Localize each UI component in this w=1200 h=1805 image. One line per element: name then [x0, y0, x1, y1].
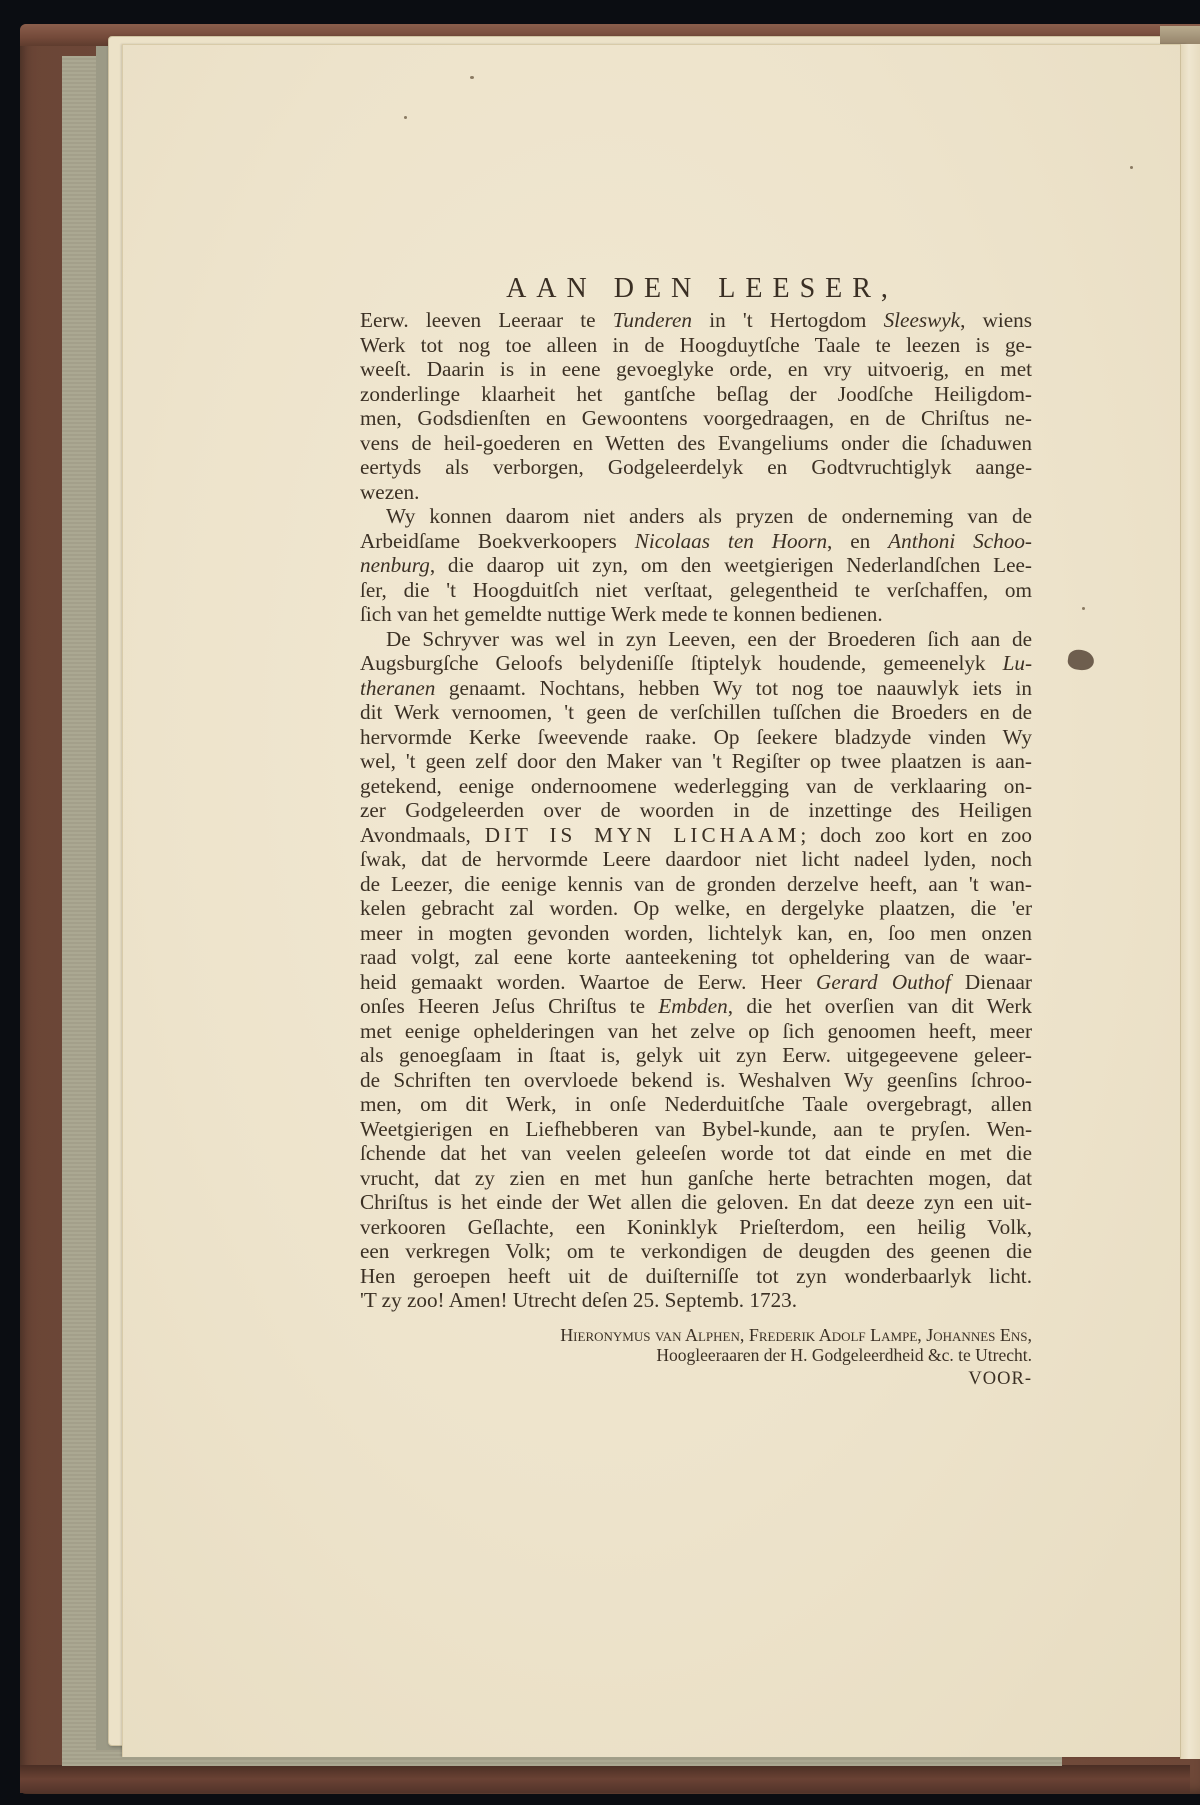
text-line: Werk tot nog toe alleen in de Hoogduytſc…: [360, 333, 1032, 358]
italic-name: nenburg: [360, 553, 430, 577]
catchword: VOOR-: [360, 1367, 1032, 1392]
text-line: Eerw. leeven Leeraar te Tunderen in 't H…: [360, 308, 1032, 333]
text-run: ſich van het gemeldte nuttige Werk mede …: [360, 602, 883, 626]
text-line: Chriſtus is het einde der Wet allen die …: [360, 1190, 1032, 1215]
text-line: Wy konnen daarom niet anders als pryzen …: [360, 504, 1032, 529]
text-run: de Leezer, die eenige kennis van de gron…: [360, 872, 1032, 896]
text-line: getekend, eenige ondernoomene wederleggi…: [360, 774, 1032, 799]
text-run: ; doch zoo kort en zoo: [800, 823, 1032, 847]
page-text: AAN DEN LEESER, Eerw. leeven Leeraar te …: [360, 270, 1032, 1391]
text-line: de Leezer, die eenige kennis van de gron…: [360, 872, 1032, 897]
text-run: Arbeidſame Boekverkoopers: [360, 529, 635, 553]
text-run: wel, 't geen zelf door den Maker van 't …: [360, 749, 1032, 773]
text-run: De Schryver was wel in zyn Leeven, een d…: [386, 627, 1032, 651]
text-run: dit Werk vernoomen, 't geen de verſchill…: [360, 700, 1032, 724]
text-run: , die daarop uit zyn, om den weetgierige…: [430, 553, 1032, 577]
page-fold: [1180, 44, 1200, 1759]
text-run: Chriſtus is het einde der Wet allen die …: [360, 1190, 1032, 1214]
body-paragraphs: Eerw. leeven Leeraar te Tunderen in 't H…: [360, 308, 1032, 1313]
text-run: Weetgierigen en Liefhebberen van Bybel-k…: [360, 1117, 1032, 1141]
text-run: Werk tot nog toe alleen in de Hoogduytſc…: [360, 333, 1032, 357]
text-line: raad volgt, zal eene korte aanteekening …: [360, 945, 1032, 970]
text-run: zer Godgeleerden over de woorden in de i…: [360, 798, 1032, 822]
text-line: ſwak, dat de hervormde Leere daardoor ni…: [360, 847, 1032, 872]
page-heading: AAN DEN LEESER,: [360, 272, 1032, 306]
italic-name: Embden: [658, 994, 727, 1018]
text-line: nenburg, die daarop uit zyn, om den weet…: [360, 553, 1032, 578]
text-line: hervormde Kerke ſweevende raake. Op ſeek…: [360, 725, 1032, 750]
paper-speck: [404, 116, 407, 119]
text-run: kelen gebracht zal worden. Op welke, en …: [360, 896, 1032, 920]
text-run: ſwak, dat de hervormde Leere daardoor ni…: [360, 847, 1032, 871]
text-run: men, om dit Werk, in onſe Nederduitſche …: [360, 1092, 1032, 1116]
italic-name: Sleeswyk: [884, 308, 960, 332]
text-line: wezen.: [360, 480, 1032, 505]
text-line: onſes Heeren Jeſus Chriſtus te Embden, d…: [360, 994, 1032, 1019]
text-run: eertyds als verborgen, Godgeleerdelyk en…: [360, 455, 1032, 479]
text-line: de Schriften ten overvloede bekend is. W…: [360, 1068, 1032, 1093]
text-line: Augsburgſche Geloofs belydeniſſe ſtiptel…: [360, 651, 1032, 676]
text-run: , en: [827, 529, 888, 553]
text-run: ſchende dat het van veelen geleeſen word…: [360, 1141, 1032, 1165]
text-run: , die het overſien van dit Werk: [728, 994, 1032, 1018]
text-line: met eenige ophelderingen van het zelve o…: [360, 1019, 1032, 1044]
text-line: eertyds als verborgen, Godgeleerdelyk en…: [360, 455, 1032, 480]
text-line: verkooren Geſlachte, een Koninklyk Prieſ…: [360, 1215, 1032, 1240]
text-line: Avondmaals, DIT IS MYN LICHAAM; doch zoo…: [360, 823, 1032, 848]
italic-name: Gerard Outhof: [816, 970, 951, 994]
paper-speck: [1130, 166, 1133, 169]
text-run: getekend, eenige ondernoomene wederleggi…: [360, 774, 1032, 798]
text-line: heid gemaakt worden. Waartoe de Eerw. He…: [360, 970, 1032, 995]
text-run: Augsburgſche Geloofs belydeniſſe ſtiptel…: [360, 651, 1003, 675]
paper-speck: [1082, 607, 1085, 610]
text-run: de Schriften ten overvloede bekend is. W…: [360, 1068, 1032, 1092]
text-run: onſes Heeren Jeſus Chriſtus te: [360, 994, 658, 1018]
text-run: zonderlinge klaarheit het gantſche beſla…: [360, 382, 1032, 406]
text-line: dit Werk vernoomen, 't geen de verſchill…: [360, 700, 1032, 725]
signatory-title: Hoogleeraaren der H. Godgeleerdheid &c. …: [360, 1345, 1032, 1365]
text-run: vens de heil-goederen en Wetten des Evan…: [360, 431, 1032, 455]
text-run: ſer, die 't Hoogduitſch niet verſtaat, g…: [360, 578, 1032, 602]
text-run: vrucht, dat zy zien en met hun ganſche h…: [360, 1166, 1032, 1190]
text-line: ſchende dat het van veelen geleeſen word…: [360, 1141, 1032, 1166]
text-line: ſer, die 't Hoogduitſch niet verſtaat, g…: [360, 578, 1032, 603]
text-run: een verkregen Volk; om te verkondigen de…: [360, 1239, 1032, 1263]
text-run: hervormde Kerke ſweevende raake. Op ſeek…: [360, 725, 1032, 749]
text-line: men, om dit Werk, in onſe Nederduitſche …: [360, 1092, 1032, 1117]
text-line: vens de heil-goederen en Wetten des Evan…: [360, 431, 1032, 456]
italic-name: Anthoni Schoo-: [888, 529, 1032, 553]
text-line: ſich van het gemeldte nuttige Werk mede …: [360, 602, 1032, 627]
text-line: De Schryver was wel in zyn Leeven, een d…: [360, 627, 1032, 652]
text-line: meer in mogten gevonden worden, lichtely…: [360, 921, 1032, 946]
signatory-names: Hieronymus van Alphen, Frederik Adolf La…: [360, 1325, 1032, 1345]
text-run: met eenige ophelderingen van het zelve o…: [360, 1019, 1032, 1043]
text-line: 'T zy zoo! Amen! Utrecht deſen 25. Septe…: [360, 1288, 1032, 1313]
text-run: Avondmaals,: [360, 823, 485, 847]
italic-name: Nicolaas ten Hoorn: [635, 529, 827, 553]
text-run: , wiens: [960, 308, 1032, 332]
paper-speck: [470, 76, 474, 79]
text-run: men, Godsdienſten en Gewoontens voorgedr…: [360, 406, 1032, 430]
text-line: theranen genaamt. Nochtans, hebben Wy to…: [360, 676, 1032, 701]
text-run: meer in mogten gevonden worden, lichtely…: [360, 921, 1032, 945]
text-run: als genoegſaam in ſtaat is, gelyk uit zy…: [360, 1043, 1032, 1067]
text-run: 'T zy zoo! Amen! Utrecht deſen 25. Septe…: [360, 1288, 797, 1312]
text-line: Hen geroepen heeft uit de duiſterniſſe t…: [360, 1264, 1032, 1289]
text-run: heid gemaakt worden. Waartoe de Eerw. He…: [360, 970, 816, 994]
italic-name: theranen: [360, 676, 435, 700]
emphasized-caps: DIT IS MYN LICHAAM: [485, 823, 801, 847]
text-line: weeſt. Daarin is in eene gevoeglyke orde…: [360, 357, 1032, 382]
text-line: een verkregen Volk; om te verkondigen de…: [360, 1239, 1032, 1264]
text-line: vrucht, dat zy zien en met hun ganſche h…: [360, 1166, 1032, 1191]
text-run: in 't Hertogdom: [692, 308, 884, 332]
text-run: weeſt. Daarin is in eene gevoeglyke orde…: [360, 357, 1032, 381]
text-line: men, Godsdienſten en Gewoontens voorgedr…: [360, 406, 1032, 431]
text-run: verkooren Geſlachte, een Koninklyk Prieſ…: [360, 1215, 1032, 1239]
text-line: kelen gebracht zal worden. Op welke, en …: [360, 896, 1032, 921]
text-line: als genoegſaam in ſtaat is, gelyk uit zy…: [360, 1043, 1032, 1068]
italic-name: Lu-: [1003, 651, 1032, 675]
text-line: zonderlinge klaarheit het gantſche beſla…: [360, 382, 1032, 407]
italic-name: Tunderen: [613, 308, 692, 332]
text-line: zer Godgeleerden over de woorden in de i…: [360, 798, 1032, 823]
text-run: Dienaar: [951, 970, 1032, 994]
text-run: Eerw. leeven Leeraar te: [360, 308, 613, 332]
text-run: Hen geroepen heeft uit de duiſterniſſe t…: [360, 1264, 1032, 1288]
text-run: raad volgt, zal eene korte aanteekening …: [360, 945, 1032, 969]
text-run: genaamt. Nochtans, hebben Wy tot nog toe…: [435, 676, 1032, 700]
text-run: Wy konnen daarom niet anders als pryzen …: [386, 504, 1032, 528]
signature-block: Hieronymus van Alphen, Frederik Adolf La…: [360, 1325, 1032, 1365]
text-line: Arbeidſame Boekverkoopers Nicolaas ten H…: [360, 529, 1032, 554]
text-line: wel, 't geen zelf door den Maker van 't …: [360, 749, 1032, 774]
cover-bottom-edge: [20, 1765, 1190, 1793]
text-run: wezen.: [360, 480, 419, 504]
text-line: Weetgierigen en Liefhebberen van Bybel-k…: [360, 1117, 1032, 1142]
